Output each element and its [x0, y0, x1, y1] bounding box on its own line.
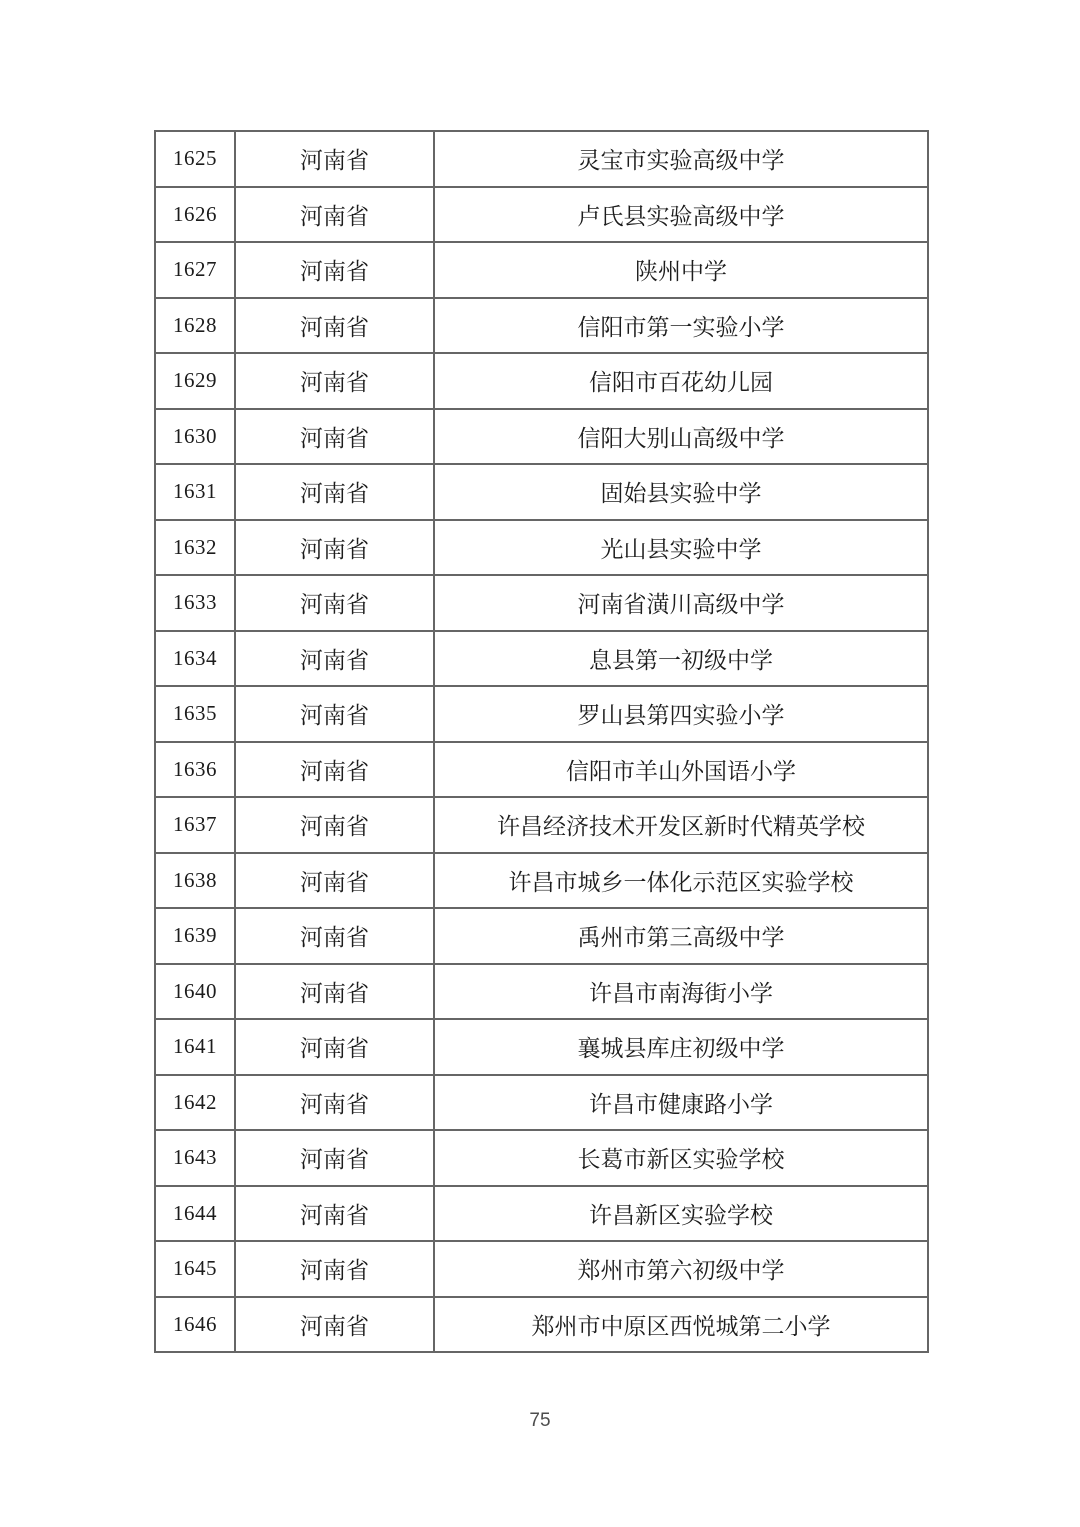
province-cell: 河南省	[235, 298, 434, 354]
province-cell: 河南省	[235, 1241, 434, 1297]
table-row: 1635 河南省 罗山县第四实验小学	[155, 686, 928, 742]
province-cell: 河南省	[235, 353, 434, 409]
table-row: 1625 河南省 灵宝市实验高级中学	[155, 131, 928, 187]
school-name-cell: 许昌市健康路小学	[434, 1075, 928, 1131]
row-index-cell: 1633	[155, 575, 235, 631]
school-name-cell: 信阳市百花幼儿园	[434, 353, 928, 409]
table-row: 1641 河南省 襄城县库庄初级中学	[155, 1019, 928, 1075]
province-cell: 河南省	[235, 1130, 434, 1186]
province-cell: 河南省	[235, 409, 434, 465]
school-name-cell: 罗山县第四实验小学	[434, 686, 928, 742]
row-index-cell: 1638	[155, 853, 235, 909]
school-name-cell: 许昌新区实验学校	[434, 1186, 928, 1242]
page-number: 75	[0, 1410, 1080, 1432]
school-name-cell: 固始县实验中学	[434, 464, 928, 520]
table-row: 1628 河南省 信阳市第一实验小学	[155, 298, 928, 354]
row-index-cell: 1645	[155, 1241, 235, 1297]
province-cell: 河南省	[235, 853, 434, 909]
province-cell: 河南省	[235, 575, 434, 631]
row-index-cell: 1637	[155, 797, 235, 853]
table-row: 1630 河南省 信阳大别山高级中学	[155, 409, 928, 465]
table-row: 1626 河南省 卢氏县实验高级中学	[155, 187, 928, 243]
table-row: 1627 河南省 陕州中学	[155, 242, 928, 298]
province-cell: 河南省	[235, 520, 434, 576]
province-cell: 河南省	[235, 1075, 434, 1131]
school-name-cell: 禹州市第三高级中学	[434, 908, 928, 964]
province-cell: 河南省	[235, 1019, 434, 1075]
school-name-cell: 信阳市羊山外国语小学	[434, 742, 928, 798]
row-index-cell: 1628	[155, 298, 235, 354]
row-index-cell: 1629	[155, 353, 235, 409]
province-cell: 河南省	[235, 797, 434, 853]
row-index-cell: 1640	[155, 964, 235, 1020]
province-cell: 河南省	[235, 1186, 434, 1242]
province-cell: 河南省	[235, 742, 434, 798]
row-index-cell: 1641	[155, 1019, 235, 1075]
table-row: 1640 河南省 许昌市南海街小学	[155, 964, 928, 1020]
table-row: 1642 河南省 许昌市健康路小学	[155, 1075, 928, 1131]
school-table-body: 1625 河南省 灵宝市实验高级中学 1626 河南省 卢氏县实验高级中学 16…	[155, 131, 928, 1352]
table-row: 1638 河南省 许昌市城乡一体化示范区实验学校	[155, 853, 928, 909]
school-name-cell: 许昌市城乡一体化示范区实验学校	[434, 853, 928, 909]
school-name-cell: 信阳大别山高级中学	[434, 409, 928, 465]
row-index-cell: 1632	[155, 520, 235, 576]
province-cell: 河南省	[235, 187, 434, 243]
school-name-cell: 襄城县库庄初级中学	[434, 1019, 928, 1075]
row-index-cell: 1643	[155, 1130, 235, 1186]
school-name-cell: 郑州市中原区西悦城第二小学	[434, 1297, 928, 1353]
row-index-cell: 1636	[155, 742, 235, 798]
school-name-cell: 光山县实验中学	[434, 520, 928, 576]
province-cell: 河南省	[235, 131, 434, 187]
table-row: 1639 河南省 禹州市第三高级中学	[155, 908, 928, 964]
table-row: 1637 河南省 许昌经济技术开发区新时代精英学校	[155, 797, 928, 853]
table-row: 1631 河南省 固始县实验中学	[155, 464, 928, 520]
row-index-cell: 1631	[155, 464, 235, 520]
table-row: 1645 河南省 郑州市第六初级中学	[155, 1241, 928, 1297]
table-row: 1629 河南省 信阳市百花幼儿园	[155, 353, 928, 409]
school-name-cell: 信阳市第一实验小学	[434, 298, 928, 354]
school-table: 1625 河南省 灵宝市实验高级中学 1626 河南省 卢氏县实验高级中学 16…	[154, 130, 929, 1353]
row-index-cell: 1644	[155, 1186, 235, 1242]
province-cell: 河南省	[235, 1297, 434, 1353]
school-name-cell: 河南省潢川高级中学	[434, 575, 928, 631]
province-cell: 河南省	[235, 464, 434, 520]
province-cell: 河南省	[235, 908, 434, 964]
row-index-cell: 1639	[155, 908, 235, 964]
school-name-cell: 陕州中学	[434, 242, 928, 298]
row-index-cell: 1625	[155, 131, 235, 187]
table-row: 1632 河南省 光山县实验中学	[155, 520, 928, 576]
table-row: 1634 河南省 息县第一初级中学	[155, 631, 928, 687]
school-name-cell: 郑州市第六初级中学	[434, 1241, 928, 1297]
school-name-cell: 息县第一初级中学	[434, 631, 928, 687]
table-row: 1633 河南省 河南省潢川高级中学	[155, 575, 928, 631]
school-name-cell: 许昌市南海街小学	[434, 964, 928, 1020]
province-cell: 河南省	[235, 686, 434, 742]
table-row: 1643 河南省 长葛市新区实验学校	[155, 1130, 928, 1186]
row-index-cell: 1626	[155, 187, 235, 243]
province-cell: 河南省	[235, 964, 434, 1020]
row-index-cell: 1630	[155, 409, 235, 465]
school-name-cell: 灵宝市实验高级中学	[434, 131, 928, 187]
row-index-cell: 1646	[155, 1297, 235, 1353]
table-row: 1644 河南省 许昌新区实验学校	[155, 1186, 928, 1242]
province-cell: 河南省	[235, 242, 434, 298]
row-index-cell: 1634	[155, 631, 235, 687]
row-index-cell: 1642	[155, 1075, 235, 1131]
row-index-cell: 1627	[155, 242, 235, 298]
table-row: 1636 河南省 信阳市羊山外国语小学	[155, 742, 928, 798]
school-name-cell: 长葛市新区实验学校	[434, 1130, 928, 1186]
row-index-cell: 1635	[155, 686, 235, 742]
document-page: 1625 河南省 灵宝市实验高级中学 1626 河南省 卢氏县实验高级中学 16…	[0, 0, 1080, 1527]
province-cell: 河南省	[235, 631, 434, 687]
school-name-cell: 卢氏县实验高级中学	[434, 187, 928, 243]
table-row: 1646 河南省 郑州市中原区西悦城第二小学	[155, 1297, 928, 1353]
school-name-cell: 许昌经济技术开发区新时代精英学校	[434, 797, 928, 853]
